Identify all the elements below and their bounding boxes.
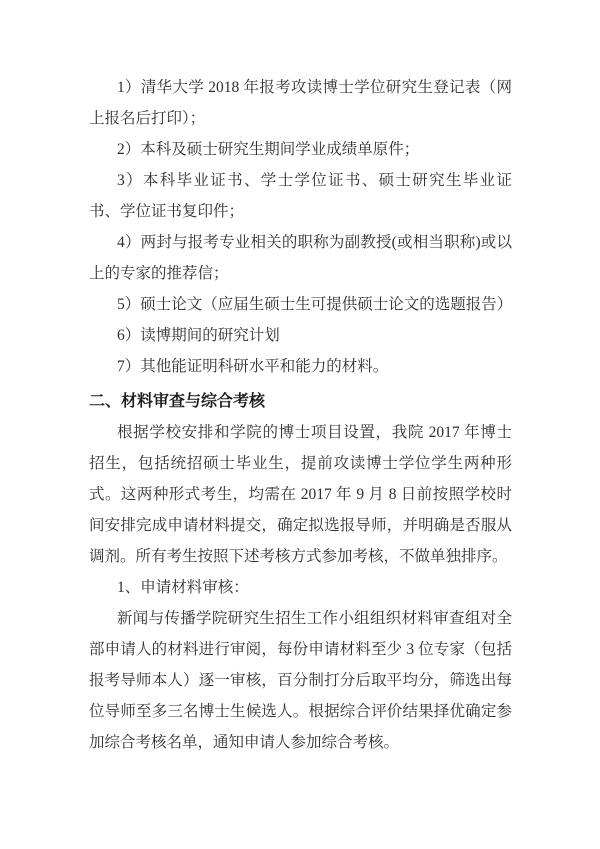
document-page: 1）清华大学 2018 年报考攻读博士学位研究生登记表（网上报名后打印）； 2）…: [0, 0, 600, 849]
list-item-6: 6）读博期间的研究计划: [89, 320, 512, 351]
list-item-5: 5）硕士论文（应届生硕士生可提供硕士论文的选题报告）: [89, 289, 512, 320]
paragraph-overview: 根据学校安排和学院的博士项目设置，我院 2017 年博士招生，包括统招硕士毕业生…: [89, 417, 512, 572]
list-item-2: 2）本科及硕士研究生期间学业成绩单原件；: [89, 134, 512, 165]
section-heading: 二、材料审查与综合考核: [89, 386, 512, 417]
paragraph-review-process: 新闻与传播学院研究生招生工作小组组织材料审查组对全部申请人的材料进行审阅，每份申…: [89, 603, 512, 758]
document-body: 1）清华大学 2018 年报考攻读博士学位研究生登记表（网上报名后打印）； 2）…: [89, 72, 512, 758]
list-item-7: 7）其他能证明科研水平和能力的材料。: [89, 351, 512, 382]
list-item-3: 3）本科毕业证书、学士学位证书、硕士研究生毕业证书、学位证书复印件；: [89, 165, 512, 227]
list-item-1: 1）清华大学 2018 年报考攻读博士学位研究生登记表（网上报名后打印）；: [89, 72, 512, 134]
subheading-material-review: 1、申请材料审核：: [89, 572, 512, 603]
list-item-4: 4）两封与报考专业相关的职称为副教授(或相当职称)或以上的专家的推荐信；: [89, 227, 512, 289]
